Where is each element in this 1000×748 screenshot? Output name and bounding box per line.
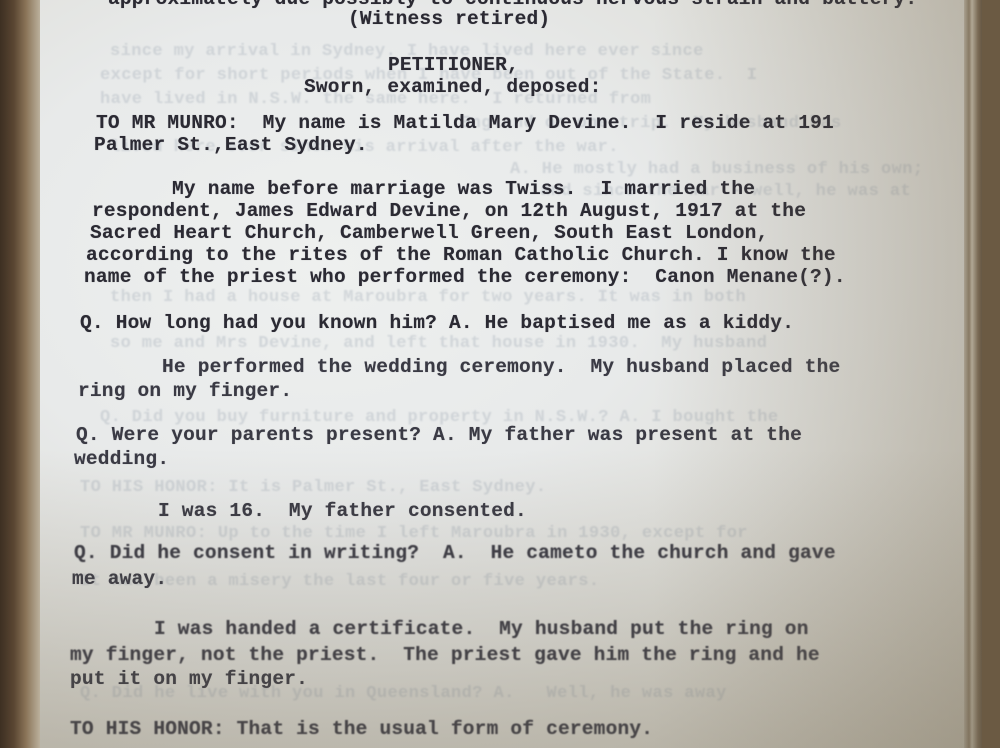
question-answer-line: Q. Did he consent in writing? A. He came… (74, 542, 836, 564)
text-line: put it on my finger. (70, 668, 308, 690)
bleed-through-line: TO MR MUNRO: Up to the time I left Marou… (80, 524, 748, 543)
typewritten-page: since my arrival in Sydney. I have lived… (40, 0, 982, 748)
bleed-through-line: TO HIS HONOR: It is Palmer St., East Syd… (80, 478, 546, 497)
page-edge-stack (964, 0, 982, 748)
text-line: name of the priest who performed the cer… (84, 266, 846, 288)
text-line: I was handed a certificate. My husband p… (154, 618, 809, 640)
question-answer-line: Q. Were your parents present? A. My fath… (76, 424, 802, 446)
text-line: my finger, not the priest. The priest ga… (70, 644, 820, 666)
text-line: My name before marriage was Twiss. I mar… (172, 178, 755, 200)
bleed-through-line: A. He mostly had a business of his own; (510, 160, 923, 179)
text-line: respondent, James Edward Devine, on 12th… (92, 200, 806, 222)
text-line: according to the rites of the Roman Cath… (86, 244, 836, 266)
witness-retired-note: (Witness retired) (348, 8, 550, 30)
text-line: wedding. (74, 448, 169, 470)
text-line: I was 16. My father consented. (158, 500, 527, 522)
text-line: TO MR MUNRO: My name is Matilda Mary Dev… (96, 112, 834, 134)
bleed-through-line: so me and Mrs Devine, and left that hous… (110, 334, 767, 353)
section-subheading: Sworn, examined, deposed: (304, 76, 602, 98)
text-line: me away. (72, 568, 167, 590)
text-line: Sacred Heart Church, Camberwell Green, S… (90, 222, 768, 244)
text-line: Palmer St.,East Sydney. (94, 134, 368, 156)
question-answer-line: Q. How long had you known him? A. He bap… (80, 312, 794, 334)
section-heading-petitioner: PETITIONER, (388, 54, 519, 76)
text-line: He performed the wedding ceremony. My hu… (162, 356, 840, 378)
bleed-through-line: then I had a house at Maroubra for two y… (110, 288, 746, 307)
text-line: TO HIS HONOR: That is the usual form of … (70, 718, 653, 740)
text-line: ring on my finger. (78, 380, 292, 402)
